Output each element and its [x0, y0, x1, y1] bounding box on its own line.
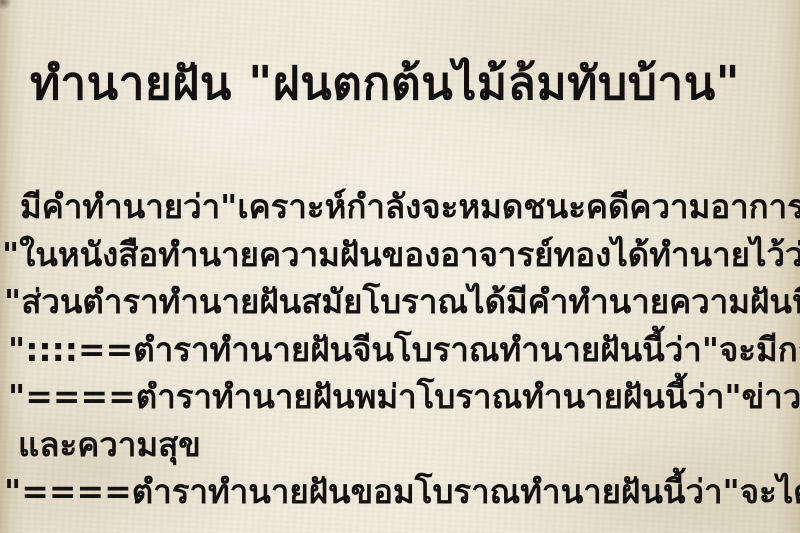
text-line: "====ตำราทำนายฝันขอมโบราณทำนายฝันนี้ว่า"…	[0, 468, 800, 516]
paper-corner-stain	[0, 0, 12, 10]
text-line: "====ตำราทำนายฝันพม่าโบราณทำนายฝันนี้ว่า…	[0, 373, 800, 421]
text-line: "::::==ตำราทำนายฝันจีนโบราณทำนายฝันนี้ว่…	[0, 326, 800, 374]
page-title: ทำนายฝัน "ฝนตกต้นไม้ล้มทับบ้าน"	[30, 47, 740, 119]
text-line: มีคำทำนายว่า"เคราะห์กำลังจะหมดชนะคดีความ…	[0, 183, 800, 231]
interpretation-text: มีคำทำนายว่า"เคราะห์กำลังจะหมดชนะคดีความ…	[0, 183, 800, 516]
text-line: และความสุข	[0, 421, 800, 469]
text-line: "ในหนังสือทำนายความฝันของอาจารย์ทองได้ทำ…	[0, 231, 800, 279]
dream-interpretation-page: { "page": { "title": "ทำนายฝัน \"ฝนตกต้น…	[0, 0, 800, 533]
text-line: "ส่วนตำราทำนายฝันสมัยโบราณได้มีคำทำนายคว…	[0, 278, 800, 326]
